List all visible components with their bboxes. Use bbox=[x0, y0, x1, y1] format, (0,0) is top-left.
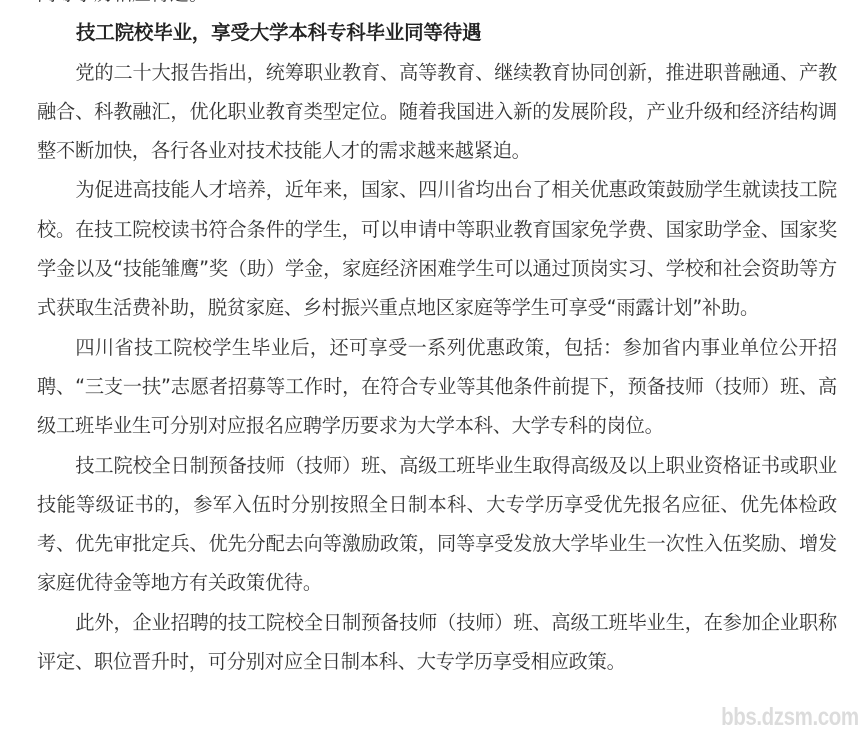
paragraph-military-enlistment: 技工院校全日制预备技师（技师）班、高级工班毕业生取得高级及以上职业资格证书或职业… bbox=[37, 446, 837, 603]
previous-paragraph-tail: 同等学历相应待遇。 bbox=[37, 0, 837, 13]
article-body: 同等学历相应待遇。 技工院校毕业，享受大学本科专科毕业同等待遇 党的二十大报告指… bbox=[37, 0, 837, 681]
paragraph-public-recruitment: 四川省技工院校学生毕业后，还可享受一系列优惠政策，包括：参加省内事业单位公开招聘… bbox=[37, 328, 837, 446]
site-watermark: bbs.dzsm.com bbox=[722, 702, 859, 732]
paragraph-enterprise-promotion: 此外，企业招聘的技工院校全日制预备技师（技师）班、高级工班毕业生，在参加企业职称… bbox=[37, 603, 837, 682]
paragraph-subsidies: 为促进高技能人才培养，近年来，国家、四川省均出台了相关优惠政策鼓励学生就读技工院… bbox=[37, 170, 837, 327]
paragraph-education-reform: 党的二十大报告指出，统筹职业教育、高等教育、继续教育协同创新，推进职普融通、产教… bbox=[37, 53, 837, 171]
section-heading: 技工院校毕业，享受大学本科专科毕业同等待遇 bbox=[37, 13, 837, 52]
